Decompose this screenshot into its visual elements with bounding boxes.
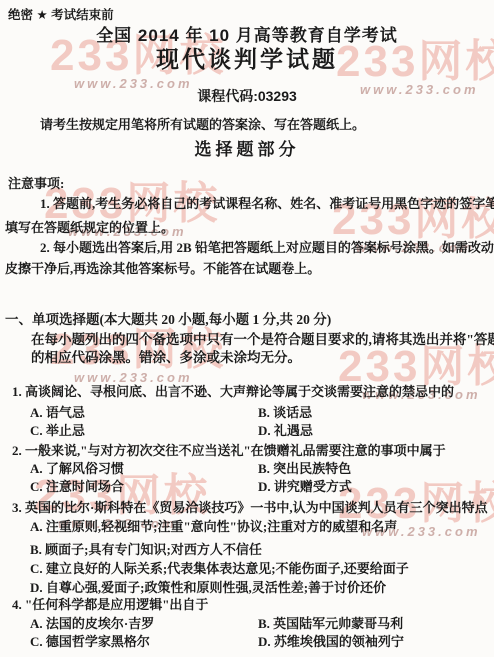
exam-paper-page: 233网校 www.233.com 233网校 www.233.com 233网…: [0, 0, 494, 657]
question-stem: 4. "任何科学都是应用逻辑"出自于: [12, 597, 208, 612]
option-item: C. 注意时间场合: [30, 479, 124, 494]
option-item: B. 突出民族特色: [258, 461, 351, 476]
note-line: 填写在答题纸规定的位置上。: [5, 220, 174, 235]
option-item: A. 了解风俗习惯: [30, 461, 124, 476]
question-stem: 1. 高谈阔论、寻根问底、出言不逊、大声辩论等属于交谈需要注意的禁忌中的: [12, 384, 454, 399]
watermark-url: www.233.com: [50, 370, 226, 385]
answer-sheet-notice: 请考生按规定用笔将所有试题的答案涂、写在答题纸上。: [40, 117, 365, 132]
option-item: C. 举止忌: [30, 423, 85, 438]
notes-heading: 注意事项:: [8, 176, 64, 191]
course-code: 课程代码:03293: [0, 89, 494, 104]
secrecy-label: 绝密 ★ 考试结束前: [8, 8, 114, 23]
option-item: B. 谈话忌: [258, 405, 312, 420]
note-line: 1. 答题前,考生务必将自己的考试课程名称、姓名、准考证号用黑色字迹的签字笔或钢…: [40, 196, 494, 211]
option-item: D. 礼遇忌: [258, 423, 313, 438]
note-line: 2. 每小题选出答案后,用 2B 铅笔把答题纸上对应题目的答案标号涂黑。如需改动…: [40, 240, 494, 255]
section-one-instruction: 在每小题列出的四个备选项中只有一个是符合题目要求的,请将其选出并将"答题纸": [31, 332, 494, 347]
exam-title: 全国 2014 年 10 月高等教育自学考试: [0, 28, 494, 43]
option-item: C. 德国哲学家黑格尔: [30, 634, 150, 649]
question-stem: 3. 英国的比尔·斯科特在《贸易洽谈技巧》一书中,认为中国谈判人员有三个突出特点: [12, 500, 488, 515]
option-item: B. 顾面子;具有专门知识;对西方人不信任: [30, 542, 262, 557]
option-item: A. 法国的皮埃尔·吉罗: [30, 616, 154, 631]
option-item: D. 苏维埃俄国的领袖列宁: [258, 634, 404, 649]
option-item: D. 自尊心强,爱面子;政策性和原则性强,灵活性差;善于讨价还价: [30, 580, 386, 595]
option-item: D. 讲究赠受方式: [258, 479, 352, 494]
option-item: C. 建立良好的人际关系;代表集体表达意见;不能伤面子,还要给面子: [30, 561, 409, 576]
multiple-choice-part-title: 选择题部分: [0, 142, 494, 157]
option-item: A. 注重原则,轻视细节;注重"意向性"协议;注重对方的威望和名声: [30, 519, 397, 534]
question-stem: 2. 一般来说,"与对方初次交往不应当送礼"在馈赠礼品需要注意的事项中属于: [12, 443, 446, 458]
watermark-brand: 233网校: [338, 345, 494, 389]
option-item: A. 语气忌: [30, 405, 85, 420]
section-one-instruction: 的相应代码涂黑。错涂、多涂或未涂均无分。: [31, 350, 301, 365]
section-one-heading: 一、单项选择题(本大题共 20 小题,每小题 1 分,共 20 分): [5, 312, 331, 327]
option-item: B. 英国陆军元帅蒙哥马利: [258, 616, 403, 631]
note-line: 皮擦干净后,再选涂其他答案标号。不能答在试题卷上。: [5, 261, 320, 276]
paper-title: 现代谈判学试题: [0, 52, 494, 67]
